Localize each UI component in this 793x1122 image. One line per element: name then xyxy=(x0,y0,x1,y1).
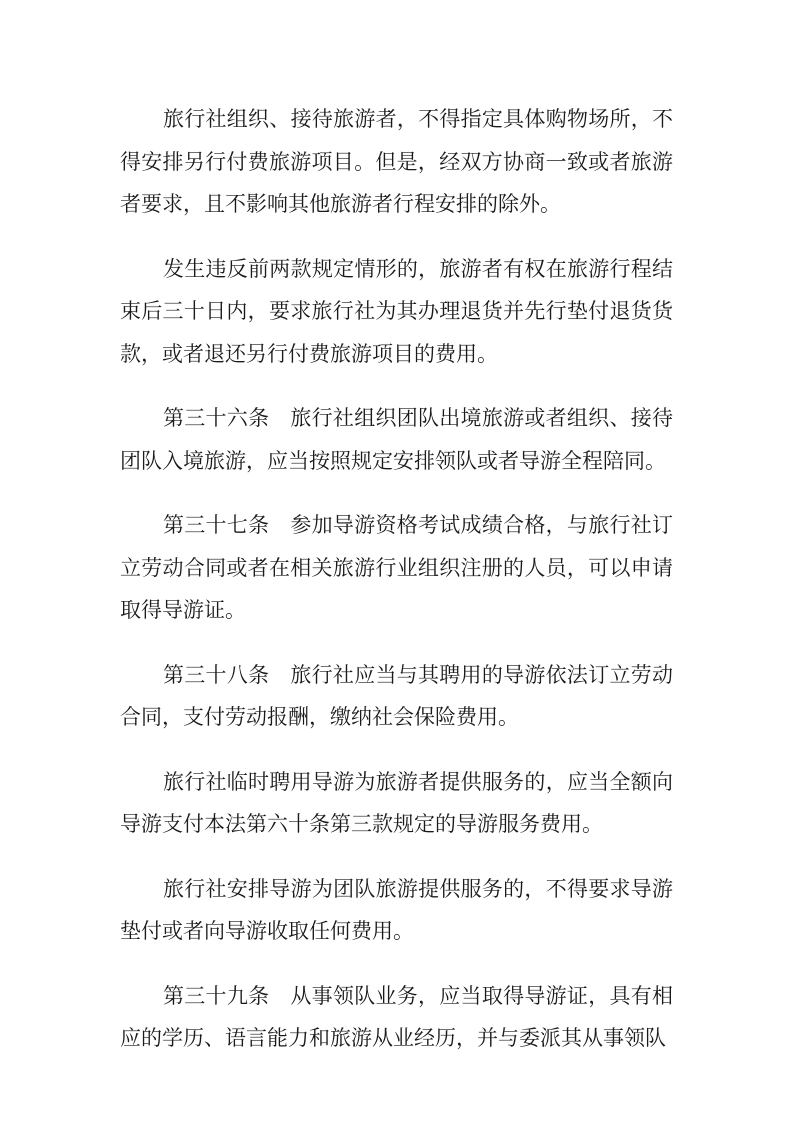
article-38: 第三十八条旅行社应当与其聘用的导游依法订立劳动合同，支付劳动报酬，缴纳社会保险费… xyxy=(120,654,673,739)
paragraph-text: 发生违反前两款规定情形的，旅游者有权在旅游行程结束后三十日内，要求旅行社为其办理… xyxy=(120,257,673,366)
paragraph-no-guide-charges: 旅行社安排导游为团队旅游提供服务的，不得要求导游垫付或者向导游收取任何费用。 xyxy=(120,868,673,953)
article-39: 第三十九条从事领队业务，应当取得导游证，具有相应的学历、语言能力和旅游从业经历，… xyxy=(120,975,673,1060)
article-36: 第三十六条旅行社组织团队出境旅游或者组织、接待团队入境旅游，应当按照规定安排领队… xyxy=(120,397,673,482)
document-page: 旅行社组织、接待旅游者，不得指定具体购物场所，不得安排另行付费旅游项目。但是，经… xyxy=(120,98,673,1082)
paragraph-shopping-restriction: 旅行社组织、接待旅游者，不得指定具体购物场所，不得安排另行付费旅游项目。但是，经… xyxy=(120,98,673,226)
article-37: 第三十七条参加导游资格考试成绩合格，与旅行社订立劳动合同或者在相关旅游行业组织注… xyxy=(120,504,673,632)
article-number: 第三十九条 xyxy=(163,984,269,1008)
paragraph-text: 旅行社组织、接待旅游者，不得指定具体购物场所，不得安排另行付费旅游项目。但是，经… xyxy=(120,107,673,216)
paragraph-text: 旅行社临时聘用导游为旅游者提供服务的，应当全额向导游支付本法第六十条第三款规定的… xyxy=(120,770,673,837)
article-number: 第三十八条 xyxy=(163,663,269,687)
paragraph-refund-right: 发生违反前两款规定情形的，旅游者有权在旅游行程结束后三十日内，要求旅行社为其办理… xyxy=(120,248,673,376)
paragraph-temporary-guide-fee: 旅行社临时聘用导游为旅游者提供服务的，应当全额向导游支付本法第六十条第三款规定的… xyxy=(120,761,673,846)
paragraph-text: 旅行社安排导游为团队旅游提供服务的，不得要求导游垫付或者向导游收取任何费用。 xyxy=(120,877,673,944)
article-number: 第三十六条 xyxy=(163,406,269,430)
article-number: 第三十七条 xyxy=(163,513,269,537)
